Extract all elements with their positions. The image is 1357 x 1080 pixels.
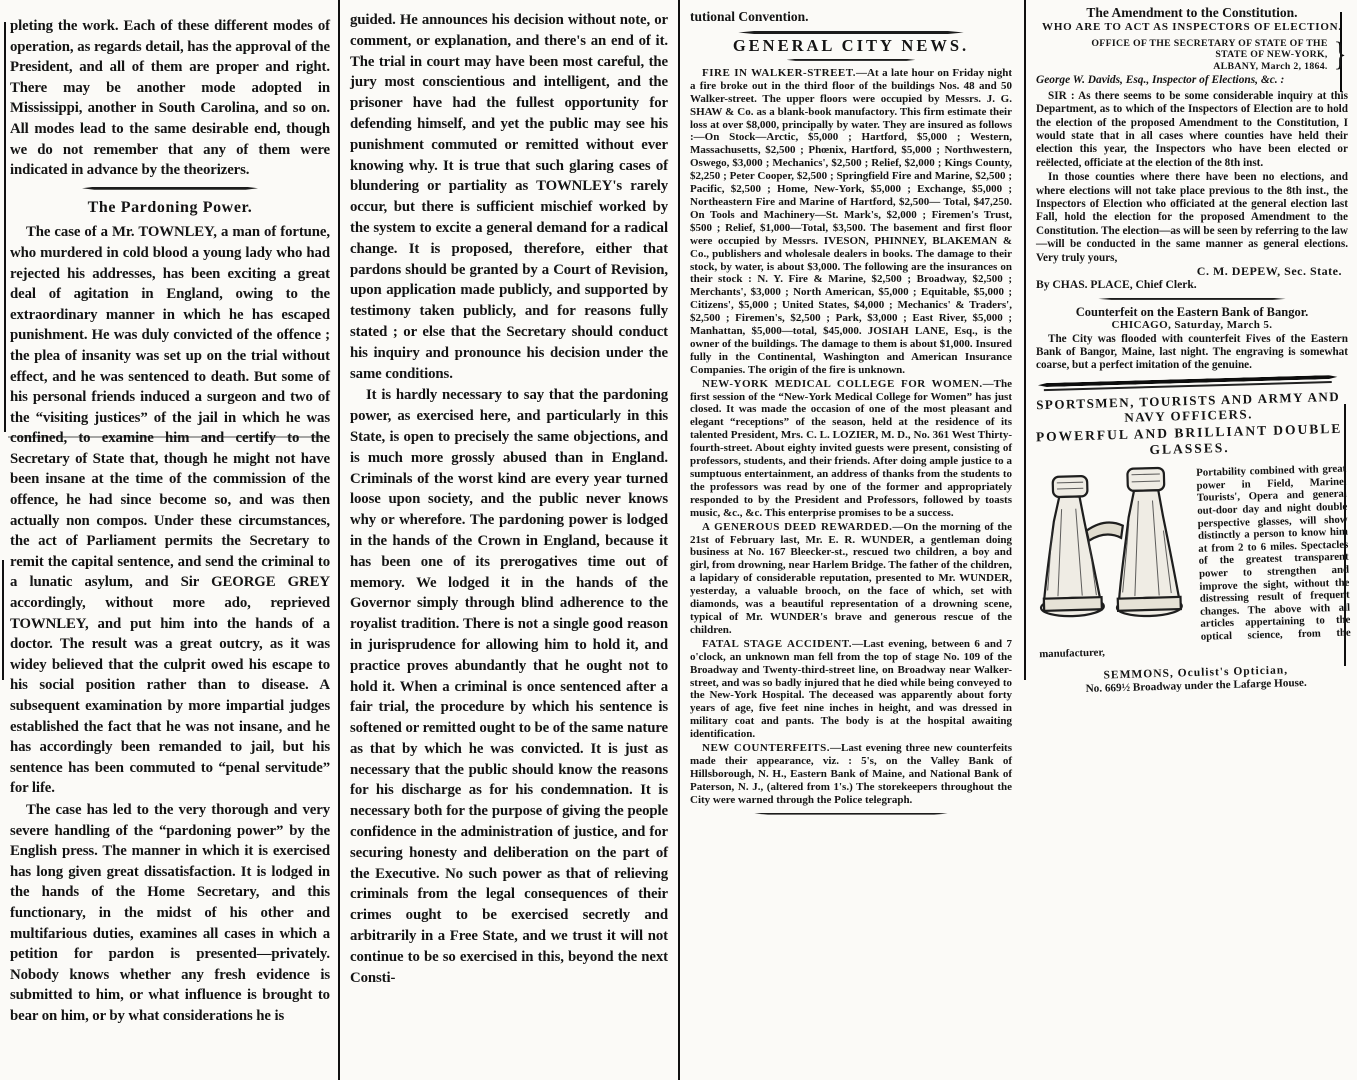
article-lead: FATAL STAGE ACCIDENT. <box>702 638 852 650</box>
advertisement-double-glasses: SPORTSMEN, TOURISTS AND ARMY AND NAVY OF… <box>1032 375 1353 698</box>
article-generous-deed: A GENEROUS DEED REWARDED.—On the morning… <box>690 521 1012 637</box>
article-lead: NEW COUNTERFEITS. <box>702 742 830 754</box>
binoculars-illustration <box>1034 464 1191 636</box>
pardoning-paragraph-4: It is hardly necessary to say that the p… <box>350 385 668 988</box>
article-title-pardoning-power: The Pardoning Power. <box>10 198 330 219</box>
column-rule-2-3 <box>678 0 680 1080</box>
column-4: The Amendment to the Constitution. WHO A… <box>1036 6 1348 694</box>
pardoning-paragraph-1: The case of a Mr. TOWNLEY, a man of fort… <box>10 222 330 799</box>
newspaper-page: pleting the work. Each of these differen… <box>0 0 1357 1080</box>
office-dateline: OFFICE OF THE SECRETARY OF STATE OF THE … <box>1036 38 1348 73</box>
signature-depew: C. M. DEPEW, Sec. State. <box>1036 265 1348 278</box>
divider-rule <box>1098 298 1285 300</box>
article-subtitle-inspectors: WHO ARE TO ACT AS INSPECTORS OF ELECTION… <box>1036 21 1348 34</box>
chicago-dateline: CHICAGO, Saturday, March 5. <box>1036 319 1348 332</box>
counterfeit-paragraph: The City was flooded with counterfeit Fi… <box>1036 333 1348 373</box>
pardoning-paragraph-2: The case has led to the very thorough an… <box>10 800 330 1027</box>
dateline-line-3: ALBANY, March 2, 1864. <box>1091 61 1327 73</box>
article-medical-college-women: NEW-YORK MEDICAL COLLEGE FOR WOMEN.—The … <box>690 378 1012 520</box>
article-lead: A GENEROUS DEED REWARDED. <box>702 521 892 533</box>
article-text: —The first session of the “New-York Medi… <box>690 378 1012 519</box>
column-1: pleting the work. Each of these differen… <box>10 16 330 1027</box>
article-lead: FIRE IN WALKER-STREET. <box>702 67 856 79</box>
column-2: guided. He announces his decision withou… <box>350 10 668 988</box>
divider-rule <box>754 813 947 815</box>
dateline-lines: OFFICE OF THE SECRETARY OF STATE OF THE … <box>1091 38 1327 73</box>
article-lead: NEW-YORK MEDICAL COLLEGE FOR WOMEN. <box>702 378 983 390</box>
dateline-line-2: STATE OF NEW-YORK, <box>1091 49 1327 61</box>
amendment-paragraph-1: SIR : As there seems to be some consider… <box>1036 90 1348 170</box>
column-rule-left-edge-lower <box>2 560 4 680</box>
divider-rule <box>82 187 258 190</box>
article-title-counterfeit-bangor: Counterfeit on the Eastern Bank of Bango… <box>1036 306 1348 319</box>
editorial-end-line: tutional Convention. <box>690 8 1012 25</box>
column-rule-1-2 <box>338 0 340 1080</box>
article-text: —At a late hour on Friday night a fire b… <box>690 67 1012 376</box>
article-fatal-stage-accident: FATAL STAGE ACCIDENT.—Last evening, betw… <box>690 638 1012 741</box>
brace-glyph: } <box>1333 40 1346 70</box>
column-3: tutional Convention. GENERAL CITY NEWS. … <box>690 8 1012 821</box>
section-title-general-city-news: GENERAL CITY NEWS. <box>690 40 1012 53</box>
article-new-counterfeits: NEW COUNTERFEITS.—Last evening three new… <box>690 742 1012 807</box>
divider-rule <box>787 59 916 61</box>
editorial-continuation-paragraph: pleting the work. Each of these differen… <box>10 16 330 181</box>
dateline-line-1: OFFICE OF THE SECRETARY OF STATE OF THE <box>1091 38 1327 50</box>
column-rule-left-edge <box>4 22 6 432</box>
ad-headline-product: POWERFUL AND BRILLIANT DOUBLE GLASSES. <box>1033 420 1346 461</box>
article-text: —Last evening, between 6 and 7 o'clock, … <box>690 638 1012 740</box>
amendment-paragraph-2: In those counties where there have been … <box>1036 171 1348 265</box>
column-rule-3-4 <box>1024 0 1026 680</box>
divider-rule <box>738 31 963 34</box>
article-text: —On the morning of the 21st of February … <box>690 521 1012 636</box>
byline-chief-clerk: By CHAS. PLACE, Chief Clerk. <box>1036 278 1348 291</box>
pardoning-paragraph-3: guided. He announces his decision withou… <box>350 10 668 384</box>
article-title-amendment: The Amendment to the Constitution. <box>1036 6 1348 19</box>
ad-top-double-rule <box>1032 375 1344 391</box>
article-fire-walker-street: FIRE IN WALKER-STREET.—At a late hour on… <box>690 67 1012 377</box>
salutation-line: George W. Davids, Esq., Inspector of Ele… <box>1036 74 1348 87</box>
